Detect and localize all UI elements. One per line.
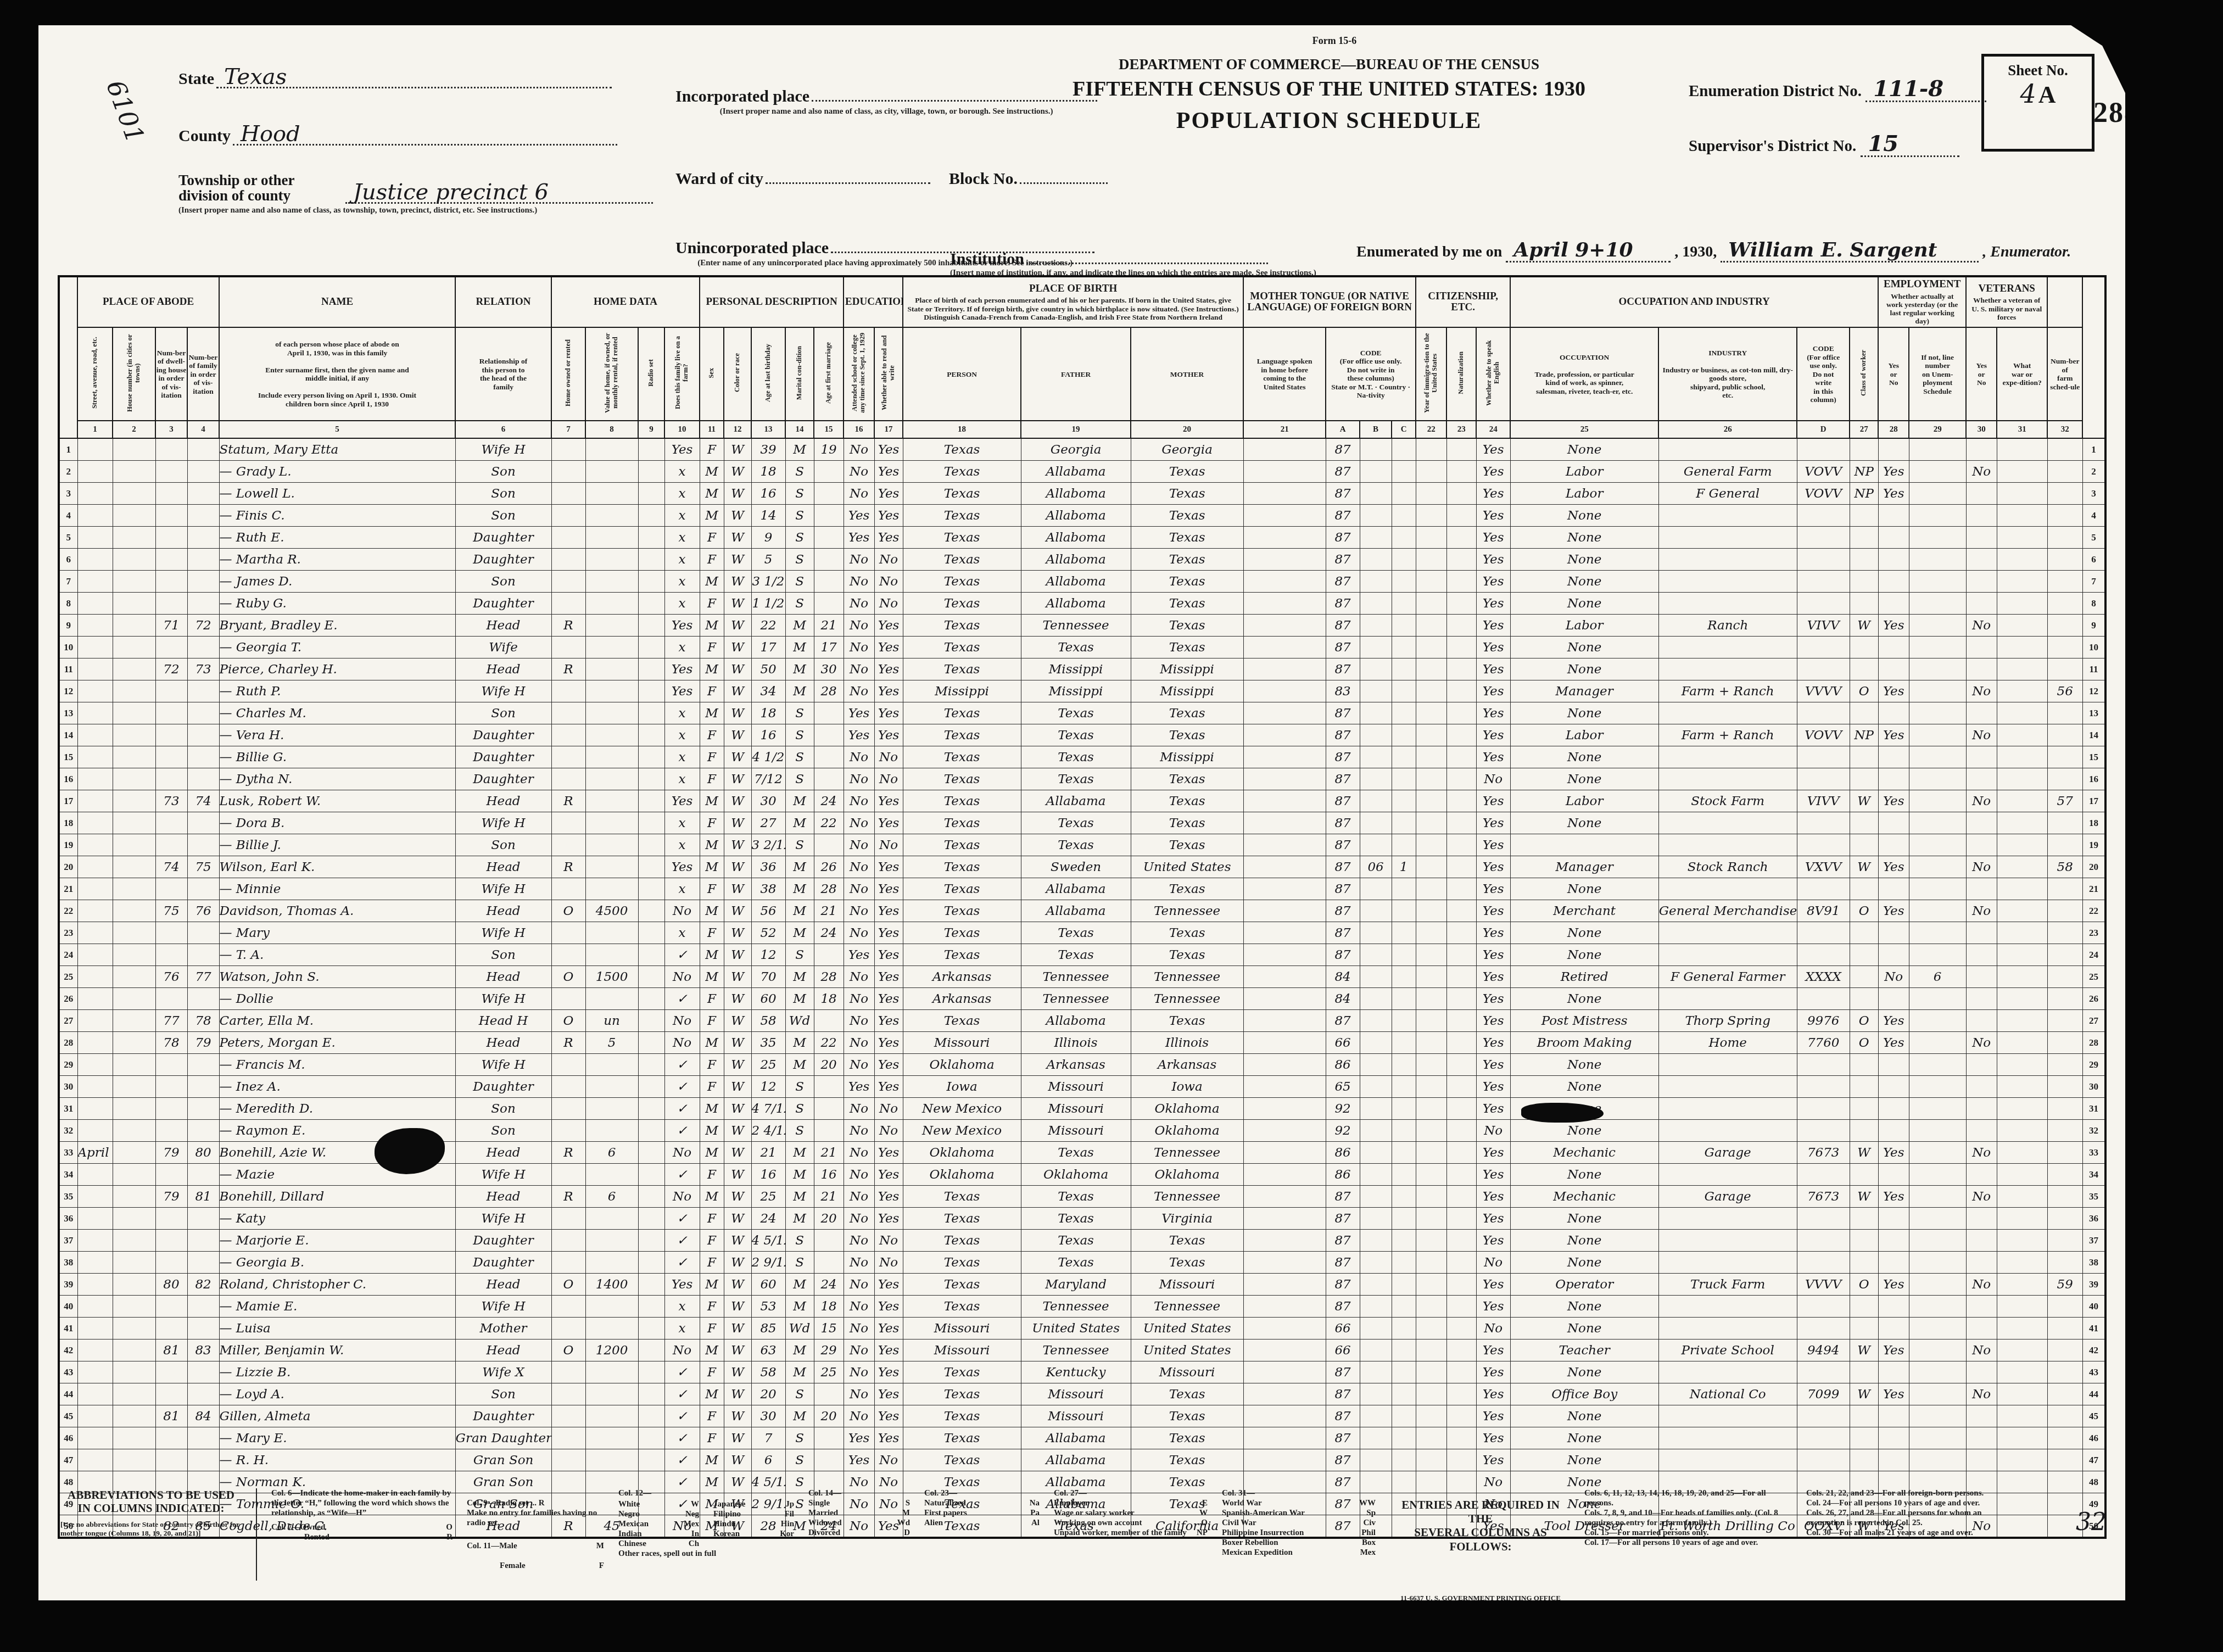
sheet-letter: A (2038, 81, 2056, 108)
cell: 21 (814, 900, 844, 922)
cell: 20 (814, 1208, 844, 1230)
abbrev-term: Negro (618, 1509, 644, 1519)
cell: Yes (874, 702, 903, 724)
cell: — Inez A. (219, 1076, 455, 1098)
cell (1997, 637, 2047, 658)
group-header: EMPLOYMENTWhether actually at work yeste… (1878, 276, 1966, 327)
cell (638, 966, 664, 988)
cell (1392, 1076, 1416, 1098)
cell: No (874, 1120, 903, 1142)
cell: Garage (1658, 1186, 1797, 1208)
cell: 5 (585, 1032, 638, 1054)
cell: No (664, 966, 700, 988)
cell: None (1510, 593, 1658, 615)
cell (1360, 1427, 1392, 1449)
column-header-text: Age at first marriage (825, 342, 833, 404)
cell: No (874, 1230, 903, 1252)
cell: 87 (1326, 438, 1360, 461)
cell: 06 (1360, 856, 1392, 878)
cell (1243, 615, 1326, 637)
abbreviations-note: [Use no abbreviations for State or count… (60, 1520, 242, 1538)
abbrev-item: MexicanMex (618, 1519, 699, 1529)
cell (814, 1076, 844, 1098)
cell: 22 (751, 615, 785, 637)
cell (1850, 746, 1878, 768)
cell (1966, 1208, 1997, 1230)
cell (638, 746, 664, 768)
cell (1392, 658, 1416, 680)
cell: Broom Making (1510, 1032, 1658, 1054)
cell (1997, 438, 2047, 461)
cell: — Grady L. (219, 461, 455, 483)
column-header-text: PERSON (947, 370, 977, 378)
cell (1446, 461, 1476, 483)
cell: Yes (1878, 1010, 1909, 1032)
cell: ✓ (664, 1427, 700, 1449)
cell (113, 658, 155, 680)
cell: Texas (903, 878, 1021, 900)
cell (1878, 944, 1909, 966)
cell: Texas (903, 768, 1021, 790)
cell (585, 1296, 638, 1318)
cell: No (844, 637, 874, 658)
cell (2047, 702, 2082, 724)
cell (585, 746, 638, 768)
cell: 85 (751, 1318, 785, 1340)
cell: 79 (155, 1186, 187, 1208)
cell: x (664, 878, 700, 900)
cell (814, 944, 844, 966)
cell: United States (1021, 1318, 1131, 1340)
line-number-cell: 19 (59, 834, 77, 856)
cell (77, 702, 113, 724)
cell (77, 615, 113, 637)
cell: Yes (1476, 1230, 1510, 1252)
group-label: EDUCATION (844, 295, 902, 309)
cell: 76 (187, 900, 219, 922)
ward-label: Ward of city (675, 170, 763, 188)
cell (1878, 834, 1909, 856)
cell (638, 1340, 664, 1361)
cell: ✓ (664, 1120, 700, 1142)
cell: Yes (1476, 1361, 1510, 1383)
cell (1850, 922, 1878, 944)
cell (1997, 768, 2047, 790)
cell (2047, 724, 2082, 746)
group-header: OCCUPATION AND INDUSTRY (1510, 276, 1878, 327)
cell (551, 483, 585, 505)
cell: Head (455, 1186, 551, 1208)
cell (1360, 658, 1392, 680)
cell (1966, 527, 1997, 549)
column-number: 31 (1997, 421, 2047, 438)
line-number-cell: 36 (2082, 1208, 2105, 1230)
cell: 87 (1326, 724, 1360, 746)
cell (1416, 593, 1446, 615)
line-number-cell: 16 (59, 768, 77, 790)
cell (814, 768, 844, 790)
cell (1360, 1142, 1392, 1164)
cell (1850, 1449, 1878, 1471)
cell: — Lowell L. (219, 483, 455, 505)
column-header: Color or race (724, 327, 751, 421)
cell: Yes (874, 1361, 903, 1383)
cell: F (700, 593, 724, 615)
cell: Son (455, 702, 551, 724)
cell (585, 1449, 638, 1471)
cell: S (785, 1076, 814, 1098)
cell (1909, 900, 1966, 922)
cell (187, 593, 219, 615)
cell: Texas (1131, 1449, 1243, 1471)
cell (638, 724, 664, 746)
cell (155, 724, 187, 746)
cell: 87 (1326, 483, 1360, 505)
column-header: Num-ber of family in order of vis-itatio… (187, 327, 219, 421)
abbrev-term: Wage or salary worker (1054, 1508, 1139, 1518)
cell (1243, 1318, 1326, 1340)
cell (1878, 1296, 1909, 1318)
cell: W (724, 834, 751, 856)
cell: Allaboma (1021, 505, 1131, 527)
cell: Yes (874, 724, 903, 746)
cell (1797, 549, 1850, 571)
cell (113, 1427, 155, 1449)
margin-handwritten-number: 6101 (100, 76, 150, 147)
cell: 87 (1326, 1274, 1360, 1296)
cell: x (664, 768, 700, 790)
cell (113, 1296, 155, 1318)
cell (1243, 1340, 1326, 1361)
abbrev-item: ChineseCh (618, 1539, 699, 1549)
cell: Thorp Spring (1658, 1010, 1797, 1032)
cell: Daughter (455, 1405, 551, 1427)
state-underline: Texas (216, 68, 612, 88)
cell (551, 1120, 585, 1142)
cell: No (1966, 461, 1997, 483)
cell: 16 (814, 1164, 844, 1186)
cell (1909, 878, 1966, 900)
cell: No (844, 922, 874, 944)
cell (155, 1427, 187, 1449)
cell (1360, 790, 1392, 812)
cell: — Ruth P. (219, 680, 455, 702)
cell (638, 483, 664, 505)
cell: W (724, 593, 751, 615)
cell (155, 680, 187, 702)
cell: 22 (814, 1032, 844, 1054)
cell (814, 1252, 844, 1274)
line-number-cell: 47 (59, 1449, 77, 1471)
cell: W (724, 1120, 751, 1142)
cell (585, 527, 638, 549)
cell (1243, 461, 1326, 483)
cell: None (1510, 1230, 1658, 1252)
cell (113, 1318, 155, 1340)
cell (155, 746, 187, 768)
cell (2047, 944, 2082, 966)
cell: M (785, 1274, 814, 1296)
cell (77, 1164, 113, 1186)
cell (551, 438, 585, 461)
cell: Yes (1476, 658, 1510, 680)
cell: 86 (1326, 1164, 1360, 1186)
line-number-cell: 40 (59, 1296, 77, 1318)
line-number-cell: 42 (2082, 1340, 2105, 1361)
cell (1243, 637, 1326, 658)
cell (1909, 680, 1966, 702)
cell (1797, 834, 1850, 856)
cell (77, 1361, 113, 1383)
cell (551, 1252, 585, 1274)
cell (1909, 746, 1966, 768)
cell: S (785, 834, 814, 856)
cell: Yes (1476, 988, 1510, 1010)
cell: 1 1/2 (751, 593, 785, 615)
abbrev-item: Working on own accountO (1054, 1518, 1208, 1528)
cell: Davidson, Thomas A. (219, 900, 455, 922)
cell: Yes (1476, 1274, 1510, 1296)
cell: Yes (844, 1427, 874, 1449)
cell: No (844, 966, 874, 988)
line-number-cell: 26 (59, 988, 77, 1010)
cell: Texas (903, 658, 1021, 680)
cell (77, 1383, 113, 1405)
cell: Head (455, 900, 551, 922)
cell (1446, 1098, 1476, 1120)
cell: 77 (155, 1010, 187, 1032)
line-number-cell: 32 (59, 1120, 77, 1142)
cell: 87 (1326, 1361, 1360, 1383)
abbrev-code: D (904, 1528, 910, 1538)
cell (1416, 637, 1446, 658)
cell: No (1966, 900, 1997, 922)
cell: No (844, 593, 874, 615)
cell (1446, 1054, 1476, 1076)
cell (1797, 1361, 1850, 1383)
cell (1909, 1449, 1966, 1471)
cell: Labor (1510, 724, 1658, 746)
line-number-cell: 17 (59, 790, 77, 812)
cell: Yes (874, 461, 903, 483)
table-row: 227576Davidson, Thomas A.HeadO4500NoMW56… (59, 900, 2105, 922)
cell: S (785, 1427, 814, 1449)
cell: Wife H (455, 1208, 551, 1230)
cell (638, 944, 664, 966)
cell: Allaboma (1021, 1010, 1131, 1032)
cell: — James D. (219, 571, 455, 593)
cell: 87 (1326, 856, 1360, 878)
cell: O (1850, 680, 1878, 702)
abbrev-item: NaturalizedNa (924, 1498, 1040, 1508)
cell: F (700, 438, 724, 461)
cell: Pierce, Charley H. (219, 658, 455, 680)
cell (2047, 483, 2082, 505)
cell: Yes (1878, 680, 1909, 702)
group-label: NAME (220, 295, 455, 309)
cell (585, 1076, 638, 1098)
cell (1997, 1383, 2047, 1405)
cell (1416, 527, 1446, 549)
cell: 87 (1326, 505, 1360, 527)
cell: None (1510, 438, 1658, 461)
line-number-cell: 41 (2082, 1318, 2105, 1340)
cell: R (551, 658, 585, 680)
cell (155, 1076, 187, 1098)
cell: Yes (874, 527, 903, 549)
cell: Daughter (455, 768, 551, 790)
cell (187, 1164, 219, 1186)
cell: 87 (1326, 900, 1360, 922)
cell: 53 (751, 1296, 785, 1318)
cell (1416, 1361, 1446, 1383)
cell (1446, 527, 1476, 549)
cell: Yes (844, 1449, 874, 1471)
line-number-cell: 47 (2082, 1449, 2105, 1471)
column-header: Class of worker (1850, 327, 1878, 421)
cell (1997, 812, 2047, 834)
column-header-text: House number (in cities or towns) (126, 328, 142, 417)
cell (1416, 856, 1446, 878)
line-number-cell: 31 (59, 1098, 77, 1120)
line-number-cell: 3 (59, 483, 77, 505)
cell (551, 1164, 585, 1186)
cell: No (844, 1010, 874, 1032)
group-label: MOTHER TONGUE (OR NATIVE LANGUAGE) OF FO… (1244, 289, 1415, 315)
cell (77, 790, 113, 812)
cell (77, 1230, 113, 1252)
cell: R (551, 790, 585, 812)
cell: Texas (903, 615, 1021, 637)
cell (77, 438, 113, 461)
cell: O (1850, 1010, 1878, 1032)
cell (638, 1120, 664, 1142)
cell (1392, 1383, 1416, 1405)
cell: 16 (751, 724, 785, 746)
cell: W (724, 680, 751, 702)
cell: Yes (1476, 680, 1510, 702)
cell (113, 1120, 155, 1142)
cell: None (1510, 1449, 1658, 1471)
cell (1658, 593, 1797, 615)
cell: No (874, 1449, 903, 1471)
cell: S (785, 1120, 814, 1142)
cell (1446, 1318, 1476, 1340)
column-number: 25 (1510, 421, 1658, 438)
cell (551, 1318, 585, 1340)
cell (1392, 768, 1416, 790)
cell (1416, 1340, 1446, 1361)
table-row: 257677Watson, John S.HeadO1500NoMW70M28N… (59, 966, 2105, 988)
cell: 66 (1326, 1032, 1360, 1054)
cell (1909, 1098, 1966, 1120)
cell: Yes (874, 790, 903, 812)
line-number-cell: 5 (2082, 527, 2105, 549)
column-header-text: Street, avenue, road, etc. (91, 337, 99, 409)
abbrev-item: Philippine InsurrectionPhil (1222, 1528, 1376, 1538)
cell (1658, 1164, 1797, 1186)
cell: 1400 (585, 1274, 638, 1296)
cell: No (844, 461, 874, 483)
cell (551, 724, 585, 746)
cell (1850, 1230, 1878, 1252)
cell (1658, 1076, 1797, 1098)
table-row: 23— MaryWife HxFW52M24NoYesTexasTexasTex… (59, 922, 2105, 944)
cell (1360, 988, 1392, 1010)
cell (113, 1142, 155, 1164)
column-header-text: Num-ber of farm sched-ule (2050, 357, 2080, 391)
column-header-text: Num-ber of dwell-ing house in order of v… (157, 349, 186, 400)
cell (1966, 549, 1997, 571)
cell: — Ruby G. (219, 593, 455, 615)
block-underline (1020, 164, 1108, 184)
cell: Yes (1878, 1340, 1909, 1361)
cell: 87 (1326, 1010, 1360, 1032)
cell: ✓ (664, 944, 700, 966)
cell: Yes (874, 922, 903, 944)
cell: Texas (1021, 944, 1131, 966)
cell: Yes (1476, 483, 1510, 505)
cell (1416, 1274, 1446, 1296)
cell (638, 790, 664, 812)
cell (585, 505, 638, 527)
cell: 39 (751, 438, 785, 461)
cell: Texas (903, 483, 1021, 505)
cell (1658, 658, 1797, 680)
cell: 22 (814, 812, 844, 834)
cell: 58 (751, 1010, 785, 1032)
cell (113, 1054, 155, 1076)
cell: 92 (1326, 1098, 1360, 1120)
cell: No (844, 1296, 874, 1318)
cell (814, 834, 844, 856)
abbrev-item: FilipinoFil (713, 1509, 794, 1519)
cell (1416, 1032, 1446, 1054)
cell (1243, 746, 1326, 768)
abbrev-code: Phil (1361, 1528, 1376, 1538)
cell (1416, 1318, 1446, 1340)
cell (1850, 1361, 1878, 1383)
abbrev-term: Korean (713, 1529, 744, 1539)
cell (1909, 1032, 1966, 1054)
line-number-cell: 4 (2082, 505, 2105, 527)
cell (1243, 790, 1326, 812)
cell: Texas (1021, 702, 1131, 724)
line-number-cell: 28 (59, 1032, 77, 1054)
abbrev-term: Married (808, 1508, 842, 1518)
cell: ✓ (664, 1098, 700, 1120)
population-schedule-table: PLACE OF ABODENAMERELATIONHOME DATAPERSO… (58, 275, 2107, 1539)
cell (1360, 1340, 1392, 1361)
cell (1966, 1296, 1997, 1318)
cell (1966, 834, 1997, 856)
cell: Texas (1021, 768, 1131, 790)
cell: Yes (664, 790, 700, 812)
cell (1446, 593, 1476, 615)
cell: M (700, 1274, 724, 1296)
cell (113, 1010, 155, 1032)
cell: Texas (1131, 922, 1243, 944)
table-row: 97172Bryant, Bradley E.HeadRYesMW22M21No… (59, 615, 2105, 637)
sd-label: Supervisor's District No. (1689, 137, 1856, 155)
column-header-text: Marital con-dition (796, 346, 803, 400)
cell: Private School (1658, 1340, 1797, 1361)
cell (1909, 1164, 1966, 1186)
cell (113, 1252, 155, 1274)
cell (187, 834, 219, 856)
cell: M (700, 1098, 724, 1120)
cell (1360, 922, 1392, 944)
